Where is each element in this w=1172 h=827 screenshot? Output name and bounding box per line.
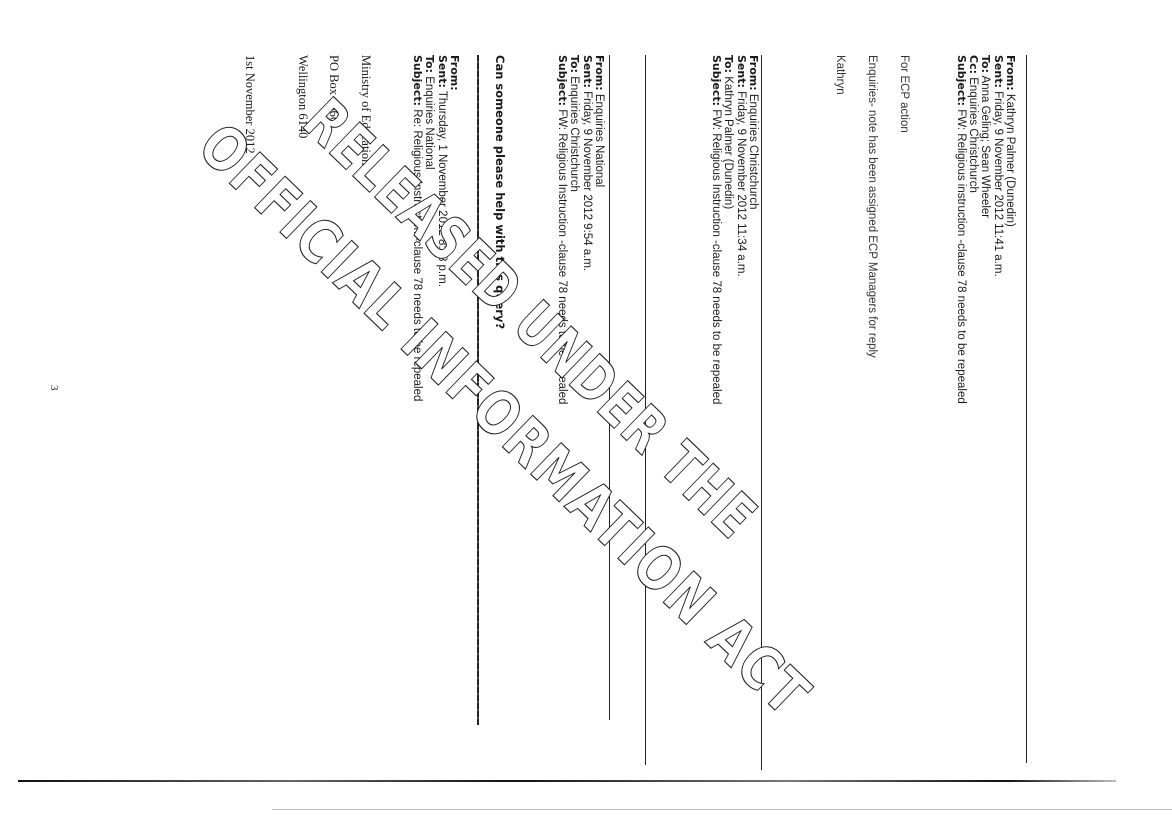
- cc-value: Enquiries Christchurch: [967, 77, 979, 193]
- sent-label: Sent:: [992, 55, 1005, 88]
- separator-line: [609, 55, 610, 720]
- from-label: From:: [593, 55, 606, 91]
- to-label: To:: [568, 55, 581, 73]
- sent-label: Sent:: [735, 55, 748, 88]
- email-body-line: Can someone please help with this query?: [493, 55, 506, 329]
- to-value: Anna Geling; Sean Wheeler: [979, 76, 991, 219]
- from-value: Enquiries National: [593, 94, 605, 187]
- sent-value: Friday, 9 November 2012 9:54 a.m.: [581, 91, 593, 271]
- letter-addressee-line: Ministry of Education: [360, 55, 372, 165]
- subject-value: FW: Religious Instruction -clause 78 nee…: [556, 109, 568, 404]
- sent-label: Sent:: [581, 55, 594, 88]
- document-page: From: Kathryn Palmer (Dunedin) Sent: Fri…: [0, 0, 1172, 827]
- to-label: To:: [423, 55, 436, 73]
- email-signature: Kathryn: [834, 55, 846, 95]
- letter-date-text: 1st November 2012: [243, 55, 257, 154]
- to-label: To:: [722, 55, 735, 73]
- to-value: Kathryn Palmer (Dunedin): [722, 76, 734, 209]
- subject-value: FW: Religious Instruction -clause 78 nee…: [710, 109, 722, 404]
- page-edge-line: [18, 780, 1116, 782]
- subject-label: Subject:: [955, 55, 968, 106]
- sent-value: Friday, 9 November 2012 11:41 a.m.: [992, 91, 1004, 277]
- letter-addressee-line: PO Box 1666: [328, 55, 340, 123]
- letter-date: 1st November 2012: [244, 55, 256, 154]
- subject-label: Subject:: [556, 55, 569, 106]
- cc-label: Cc:: [967, 55, 980, 74]
- sent-label: Sent:: [436, 55, 449, 88]
- to-value: Enquiries Christchurch: [568, 76, 580, 192]
- subject-label: Subject:: [710, 55, 723, 106]
- separator-line: [1026, 55, 1027, 763]
- to-label: To:: [979, 55, 992, 73]
- email-body-line: Enquiries- note has been assigned ECP Ma…: [866, 55, 878, 358]
- from-label: From:: [1004, 55, 1017, 91]
- email-header-3: From: Enquiries National Sent: Friday, 9…: [556, 55, 605, 404]
- separator-line: [645, 55, 646, 765]
- page-number: 3: [48, 385, 60, 391]
- subject-value: FW: Religious instruction -clause 78 nee…: [955, 109, 967, 403]
- from-label: From:: [448, 55, 461, 91]
- separator-line: [761, 55, 762, 770]
- separator-line: [478, 55, 480, 725]
- from-label: From:: [747, 55, 760, 91]
- sent-value: Friday, 9 November 2012 11:34 a.m.: [735, 91, 747, 277]
- from-value: Kathryn Palmer (Dunedin): [1004, 94, 1016, 227]
- letter-addressee-line: Wellington 6140: [297, 55, 309, 138]
- page-edge-line: [272, 809, 1172, 810]
- subject-value: Re: Religious Instruction -clause 78 nee…: [411, 109, 423, 401]
- to-value: Enquiries National: [423, 76, 435, 169]
- from-value: Enquiries Christchurch: [747, 94, 759, 210]
- email-header-4: From: Sent: Thursday, 1 November 2012 8:…: [411, 55, 460, 401]
- email-header-2: From: Enquiries Christchurch Sent: Frida…: [710, 55, 759, 404]
- subject-label: Subject:: [411, 55, 424, 106]
- email-header-1: From: Kathryn Palmer (Dunedin) Sent: Fri…: [955, 55, 1016, 404]
- email-body-line: For ECP action: [898, 55, 910, 133]
- sent-value: Thursday, 1 November 2012 8:08 p.m.: [436, 91, 448, 287]
- query-text: Can someone please help with this query?: [493, 55, 507, 329]
